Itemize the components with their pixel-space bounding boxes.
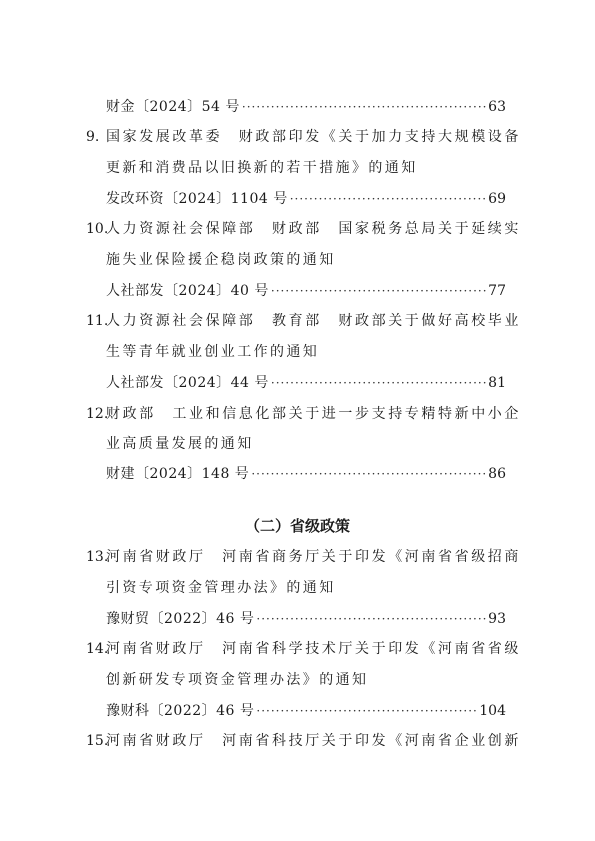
entry-number: 15. <box>86 726 108 756</box>
entry-title-line: 生等青年就业创业工作的通知 <box>106 337 319 367</box>
entry-title-line: 人力资源社会保障部 教育部 财政部关于做好高校毕业 <box>106 306 521 336</box>
entry-number: 14. <box>86 634 108 664</box>
toc-ref-line: 人社部发〔2024〕44 号81 <box>0 368 595 398</box>
entry-title-line: 业高质量发展的通知 <box>106 429 254 459</box>
page-number[interactable]: 81 <box>488 368 506 398</box>
toc-entry-title[interactable]: 9. 国家发展改革委 财政部印发《关于加力支持大规模设备 <box>0 122 595 152</box>
page-number[interactable]: 63 <box>488 92 506 122</box>
toc-entry-title-cont: 业高质量发展的通知 <box>0 429 595 459</box>
leader-dots <box>290 184 486 214</box>
toc-ref-line: 人社部发〔2024〕40 号77 <box>0 276 595 306</box>
doc-code: 豫财科〔2022〕46 号 <box>106 696 254 726</box>
leader-dots <box>242 92 486 122</box>
doc-code: 发改环资〔2024〕1104 号 <box>106 184 288 214</box>
toc-ref-line: 财建〔2024〕148 号86 <box>0 459 595 489</box>
toc-entry-title[interactable]: 11. 人力资源社会保障部 教育部 财政部关于做好高校毕业 <box>0 306 595 336</box>
toc-entry-title-cont: 创新研发专项资金管理办法》的通知 <box>0 665 595 695</box>
toc-ref-line: 财金〔2024〕54 号63 <box>0 92 595 122</box>
entry-number: 13. <box>86 542 108 572</box>
leader-dots <box>271 276 486 306</box>
entry-title-line: 国家发展改革委 财政部印发《关于加力支持大规模设备 <box>106 122 521 152</box>
toc-ref-line: 发改环资〔2024〕1104 号69 <box>0 184 595 214</box>
entry-title-line: 河南省财政厅 河南省科技厅关于印发《河南省企业创新 <box>106 726 521 756</box>
toc-entry-title[interactable]: 12. 财政部 工业和信息化部关于进一步支持专精特新中小企 <box>0 399 595 429</box>
doc-code: 豫财贸〔2022〕46 号 <box>106 604 254 634</box>
leader-dots <box>251 459 486 489</box>
toc-entry-title-cont: 生等青年就业创业工作的通知 <box>0 337 595 367</box>
entry-number: 11. <box>86 306 108 336</box>
toc-entry-title[interactable]: 14. 河南省财政厅 河南省科学技术厅关于印发《河南省省级 <box>0 634 595 664</box>
page-number[interactable]: 69 <box>488 184 506 214</box>
doc-code: 人社部发〔2024〕44 号 <box>106 368 269 398</box>
page-number[interactable]: 93 <box>488 604 506 634</box>
toc-entry-title-cont: 更新和消费品以旧换新的若干措施》的通知 <box>0 153 595 183</box>
toc-entry-title-cont: 引资专项资金管理办法》的通知 <box>0 573 595 603</box>
section-heading: （二）省级政策 <box>0 511 595 541</box>
entry-title-line: 财政部 工业和信息化部关于进一步支持专精特新中小企 <box>106 399 521 429</box>
toc-ref-line: 豫财贸〔2022〕46 号93 <box>0 604 595 634</box>
toc-entry-title[interactable]: 10. 人力资源社会保障部 财政部 国家税务总局关于延续实 <box>0 214 595 244</box>
toc-ref-line: 豫财科〔2022〕46 号104 <box>0 696 595 726</box>
entry-title-line: 施失业保险援企稳岗政策的通知 <box>106 245 336 275</box>
leader-dots <box>256 696 477 726</box>
page-number[interactable]: 104 <box>479 696 506 726</box>
leader-dots <box>256 604 486 634</box>
leader-dots <box>271 368 486 398</box>
doc-code: 财建〔2024〕148 号 <box>106 459 249 489</box>
page-number[interactable]: 86 <box>488 459 506 489</box>
entry-number: 10. <box>86 214 108 244</box>
entry-title-line: 人力资源社会保障部 财政部 国家税务总局关于延续实 <box>106 214 521 244</box>
entry-title-line: 引资专项资金管理办法》的通知 <box>106 573 336 603</box>
toc-entry-title[interactable]: 13. 河南省财政厅 河南省商务厅关于印发《河南省省级招商 <box>0 542 595 572</box>
entry-title-line: 河南省财政厅 河南省科学技术厅关于印发《河南省省级 <box>106 634 521 664</box>
toc-entry-title-cont: 施失业保险援企稳岗政策的通知 <box>0 245 595 275</box>
toc-entry-title[interactable]: 15. 河南省财政厅 河南省科技厅关于印发《河南省企业创新 <box>0 726 595 756</box>
entry-number: 9. <box>86 122 99 152</box>
entry-number: 12. <box>86 399 108 429</box>
entry-title-line: 更新和消费品以旧换新的若干措施》的通知 <box>106 153 418 183</box>
entry-title-line: 河南省财政厅 河南省商务厅关于印发《河南省省级招商 <box>106 542 521 572</box>
doc-code: 财金〔2024〕54 号 <box>106 92 240 122</box>
entry-title-line: 创新研发专项资金管理办法》的通知 <box>106 665 368 695</box>
page-number[interactable]: 77 <box>488 276 506 306</box>
doc-code: 人社部发〔2024〕40 号 <box>106 276 269 306</box>
